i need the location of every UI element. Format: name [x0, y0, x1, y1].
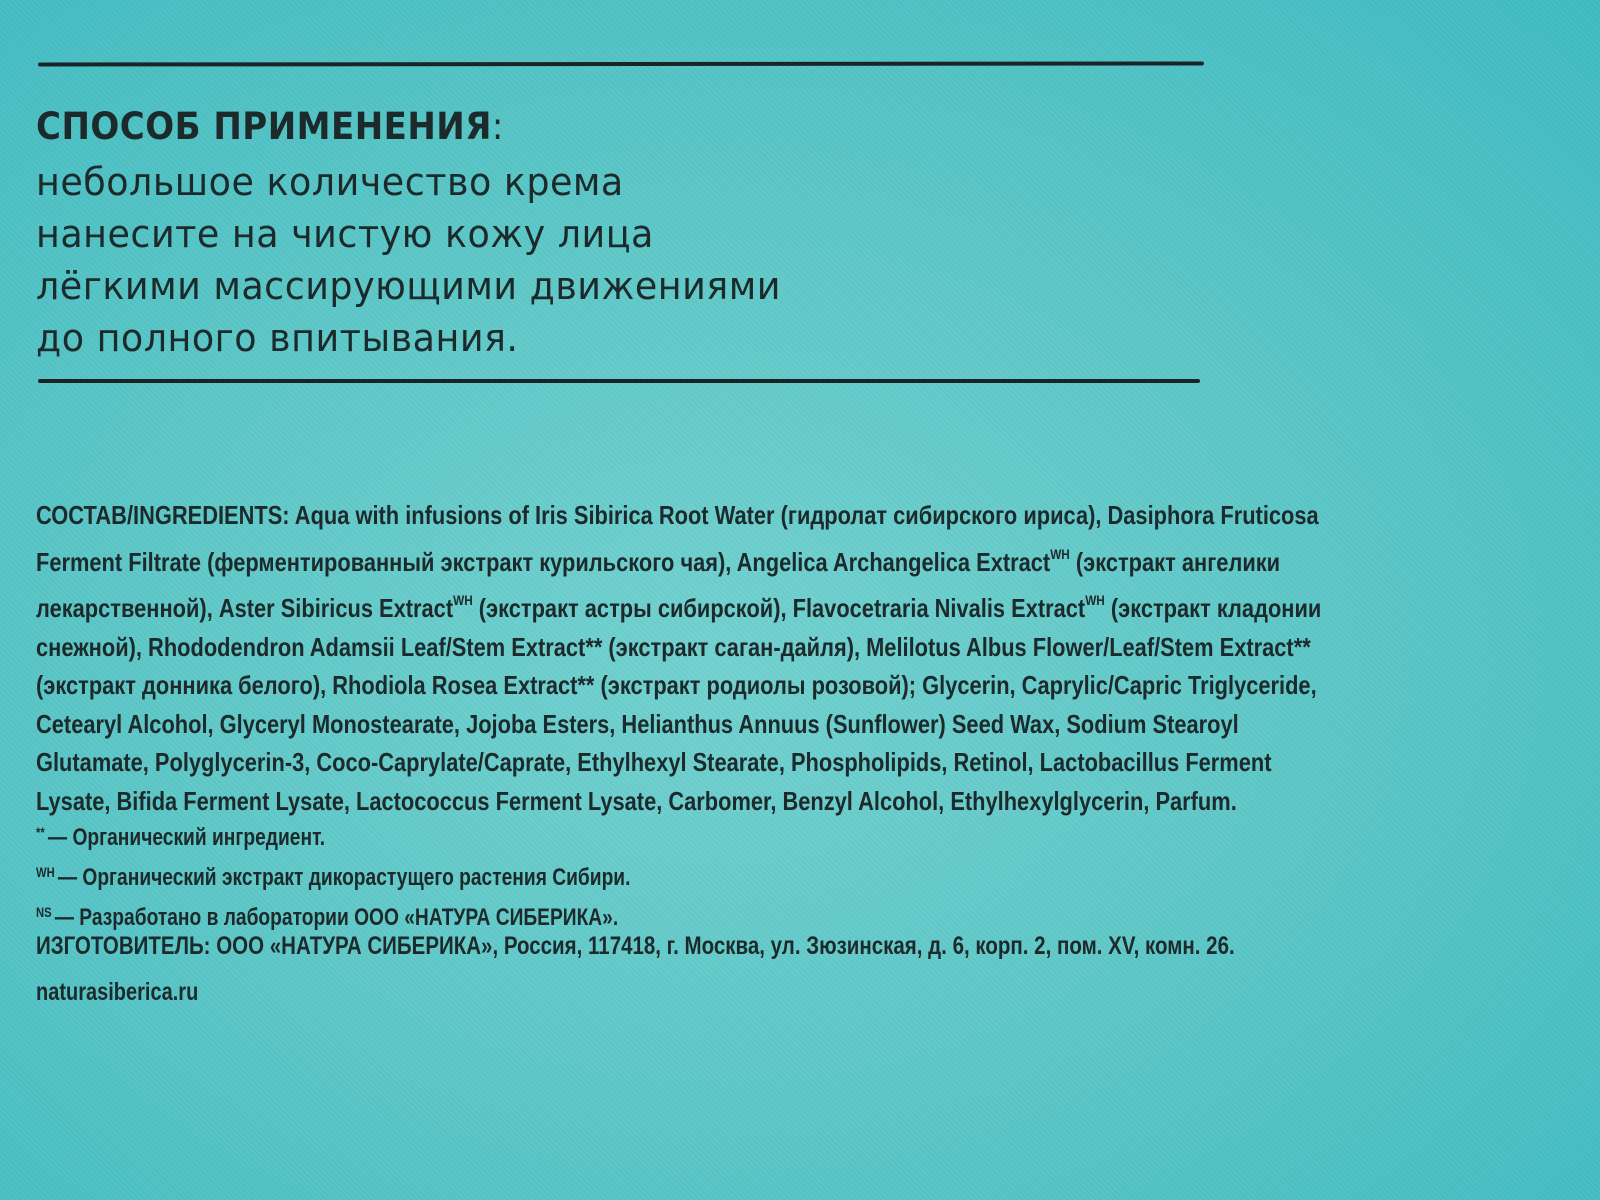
ingredients-line: СОСТАВ/INGREDIENTS: Aqua with infusions …: [36, 496, 1330, 535]
ingredients-text: (экстракт ангелики: [1070, 547, 1280, 577]
footnote-organic: **— Органический ингредиент.: [36, 815, 1268, 855]
usage-section: СПОСОБ ПРИМЕНЕНИЯ: небольшое количество …: [36, 98, 1136, 364]
ingredients-line: Cetearyl Alcohol, Glyceryl Monostearate,…: [36, 705, 1330, 744]
ingredients-line: (экстракт донника белого), Rhodiola Rose…: [36, 666, 1330, 705]
footnote-mark: NS: [36, 904, 52, 920]
ingredients-line: снежной), Rhododendron Adamsii Leaf/Stem…: [36, 628, 1330, 667]
wh-superscript: WH: [453, 592, 473, 608]
manufacturer-address: ООО «НАТУРА СИБЕРИКА», Россия, 117418, г…: [211, 932, 1235, 960]
footnote-mark: WH: [36, 864, 55, 880]
ingredients-text: Aqua with infusions of Iris Sibirica Roo…: [295, 500, 1319, 530]
usage-line: небольшое количество крема: [36, 156, 1092, 208]
footnote-mark: **: [36, 824, 45, 840]
ingredients-text: (экстракт кладонии: [1105, 593, 1322, 623]
ingredients-text: Ferment Filtrate (ферментированный экстр…: [36, 547, 1050, 577]
ingredients-line: Glutamate, Polyglycerin-3, Coco-Caprylat…: [36, 743, 1330, 782]
footnote-wild: WH— Органический экстракт дикорастущего …: [36, 855, 1268, 895]
footnote-text: — Органический ингредиент.: [48, 824, 325, 851]
website-text: naturasiberica.ru: [36, 972, 198, 1012]
ingredients-section: СОСТАВ/INGREDIENTS: Aqua with infusions …: [36, 496, 1576, 820]
usage-line: лёгкими массирующими движениями: [36, 260, 1092, 312]
ingredients-text: (экстракт астры сибирской), Flavocetrari…: [473, 593, 1085, 623]
usage-line: нанесите на чистую кожу лица: [36, 208, 1092, 260]
footnotes: **— Органический ингредиент. WH— Органич…: [36, 815, 1576, 935]
usage-title: СПОСОБ ПРИМЕНЕНИЯ:: [36, 98, 1048, 156]
manufacturer-label: ИЗГОТОВИТЕЛЬ:: [36, 932, 211, 960]
manufacturer-line: ИЗГОТОВИТЕЛЬ: ООО «НАТУРА СИБЕРИКА», Рос…: [36, 926, 1235, 966]
ingredients-line: лекарственной), Aster Sibiricus ExtractW…: [36, 581, 1330, 628]
usage-title-text: СПОСОБ ПРИМЕНЕНИЯ: [36, 105, 492, 148]
divider-top: [38, 61, 1204, 66]
wh-superscript: WH: [1085, 592, 1105, 608]
divider-bottom: [38, 379, 1200, 383]
ingredients-label: СОСТАВ/INGREDIENTS:: [36, 500, 290, 530]
ingredients-text: лекарственной), Aster Sibiricus Extract: [36, 593, 453, 623]
usage-title-colon: :: [492, 105, 504, 148]
usage-line: до полного впитывания.: [36, 312, 1092, 364]
wh-superscript: WH: [1050, 546, 1070, 562]
footnote-text: — Органический экстракт дикорастущего ра…: [58, 864, 631, 891]
ingredients-line: Ferment Filtrate (ферментированный экстр…: [36, 535, 1330, 582]
